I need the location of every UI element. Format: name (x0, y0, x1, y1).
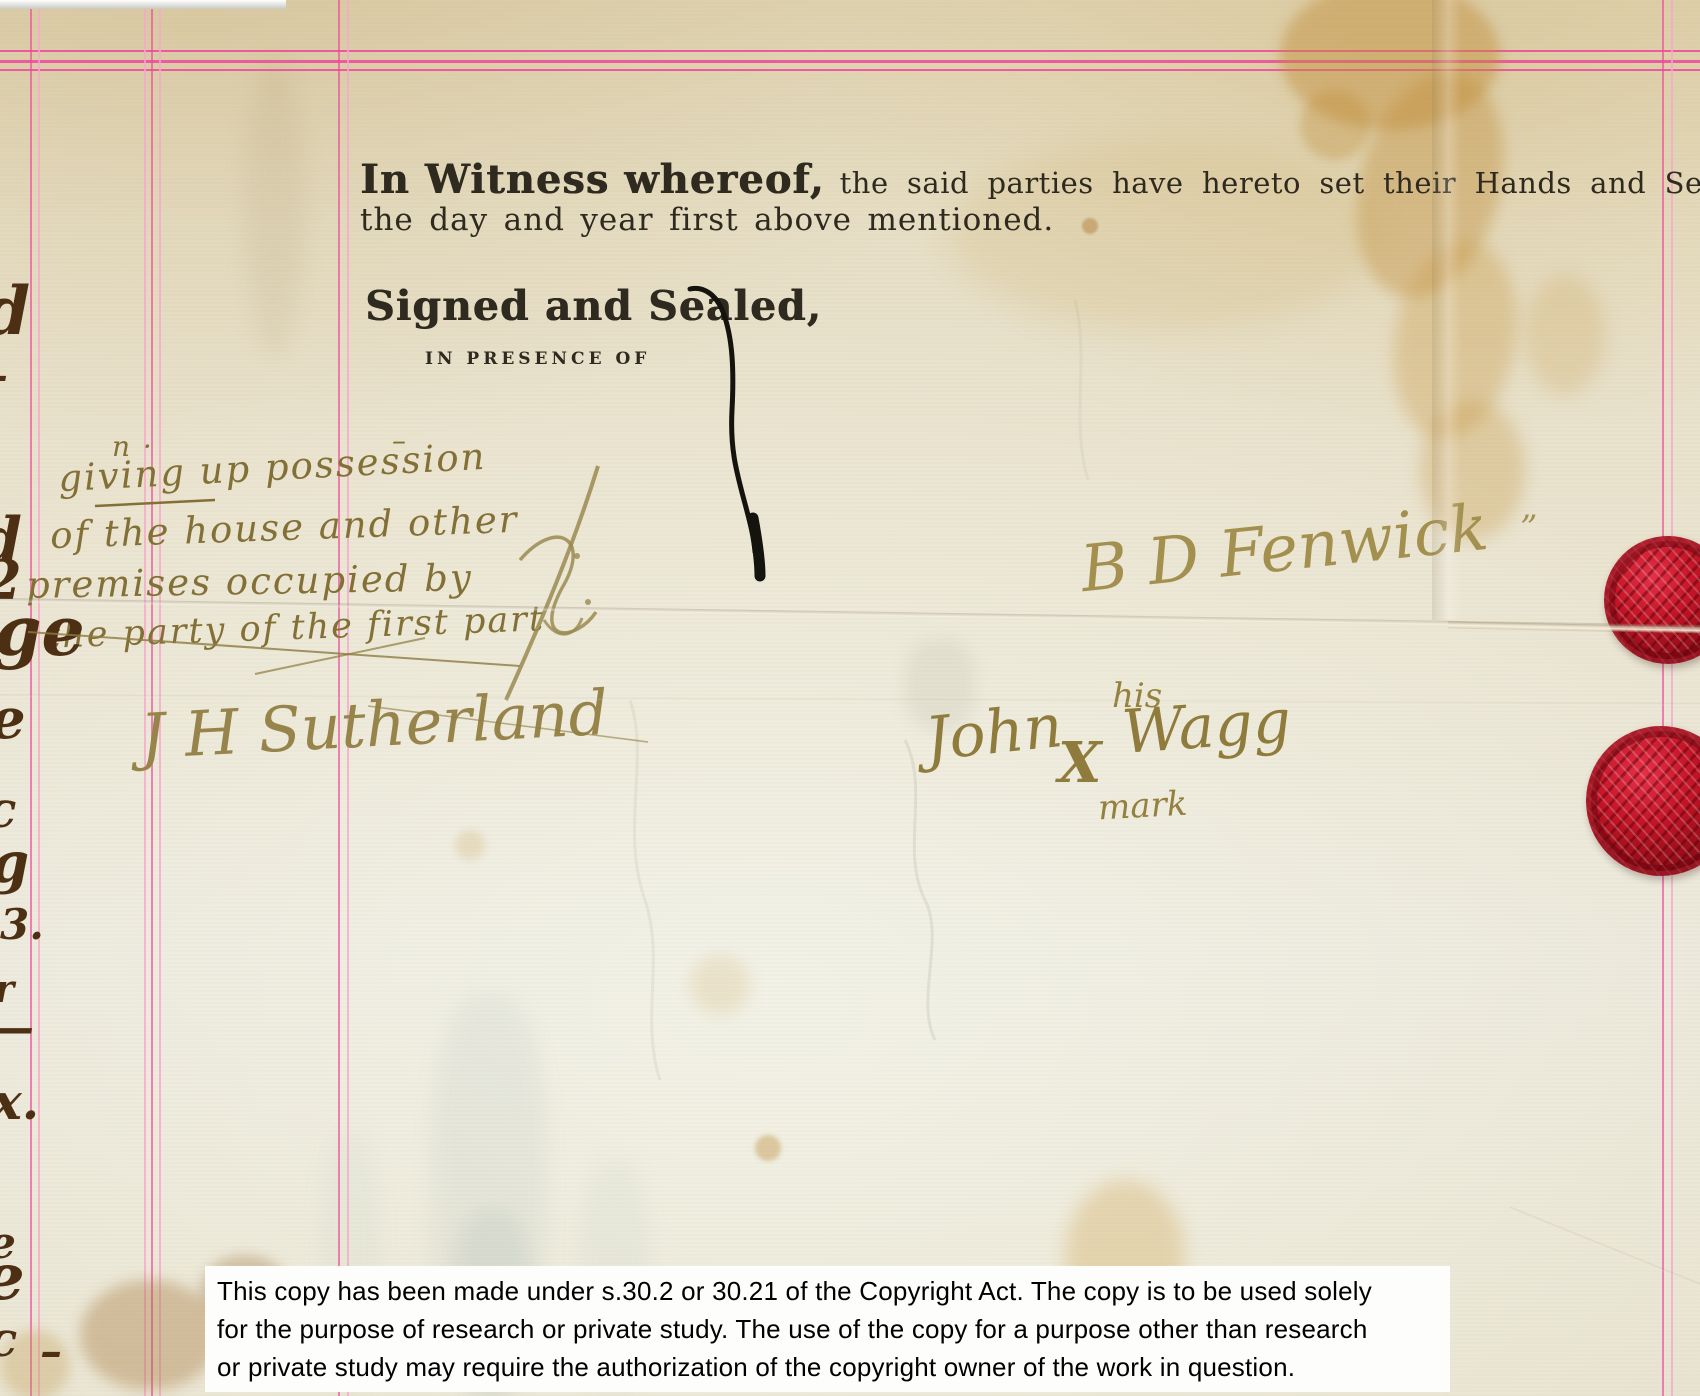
flourish (506, 466, 598, 700)
copyright-line2: for the purpose of research or private s… (217, 1310, 1438, 1348)
copyright-notice: This copy has been made under s.30.2 or … (205, 1266, 1450, 1392)
brace (690, 288, 755, 552)
flourish-dot (585, 599, 591, 605)
ghost-squiggle (1075, 300, 1088, 480)
copyright-line3: or private study may require the authori… (217, 1348, 1438, 1386)
margin-underline (95, 500, 215, 506)
brace-tail (753, 518, 760, 576)
hand-strokes-layer (0, 0, 1700, 1396)
scanned-document-page: In Witness whereof, the said parties hav… (0, 0, 1700, 1396)
flourish-dot (574, 553, 580, 559)
ghost-squiggle (630, 700, 660, 1080)
copyright-line1: This copy has been made under s.30.2 or … (217, 1272, 1438, 1310)
pen-hairline (368, 706, 648, 742)
flourish (520, 537, 596, 633)
pen-hairline (255, 638, 425, 674)
scanner-edge-artifact (0, 0, 286, 9)
ghost-squiggle (905, 740, 935, 1040)
pen-hairline (28, 632, 520, 666)
